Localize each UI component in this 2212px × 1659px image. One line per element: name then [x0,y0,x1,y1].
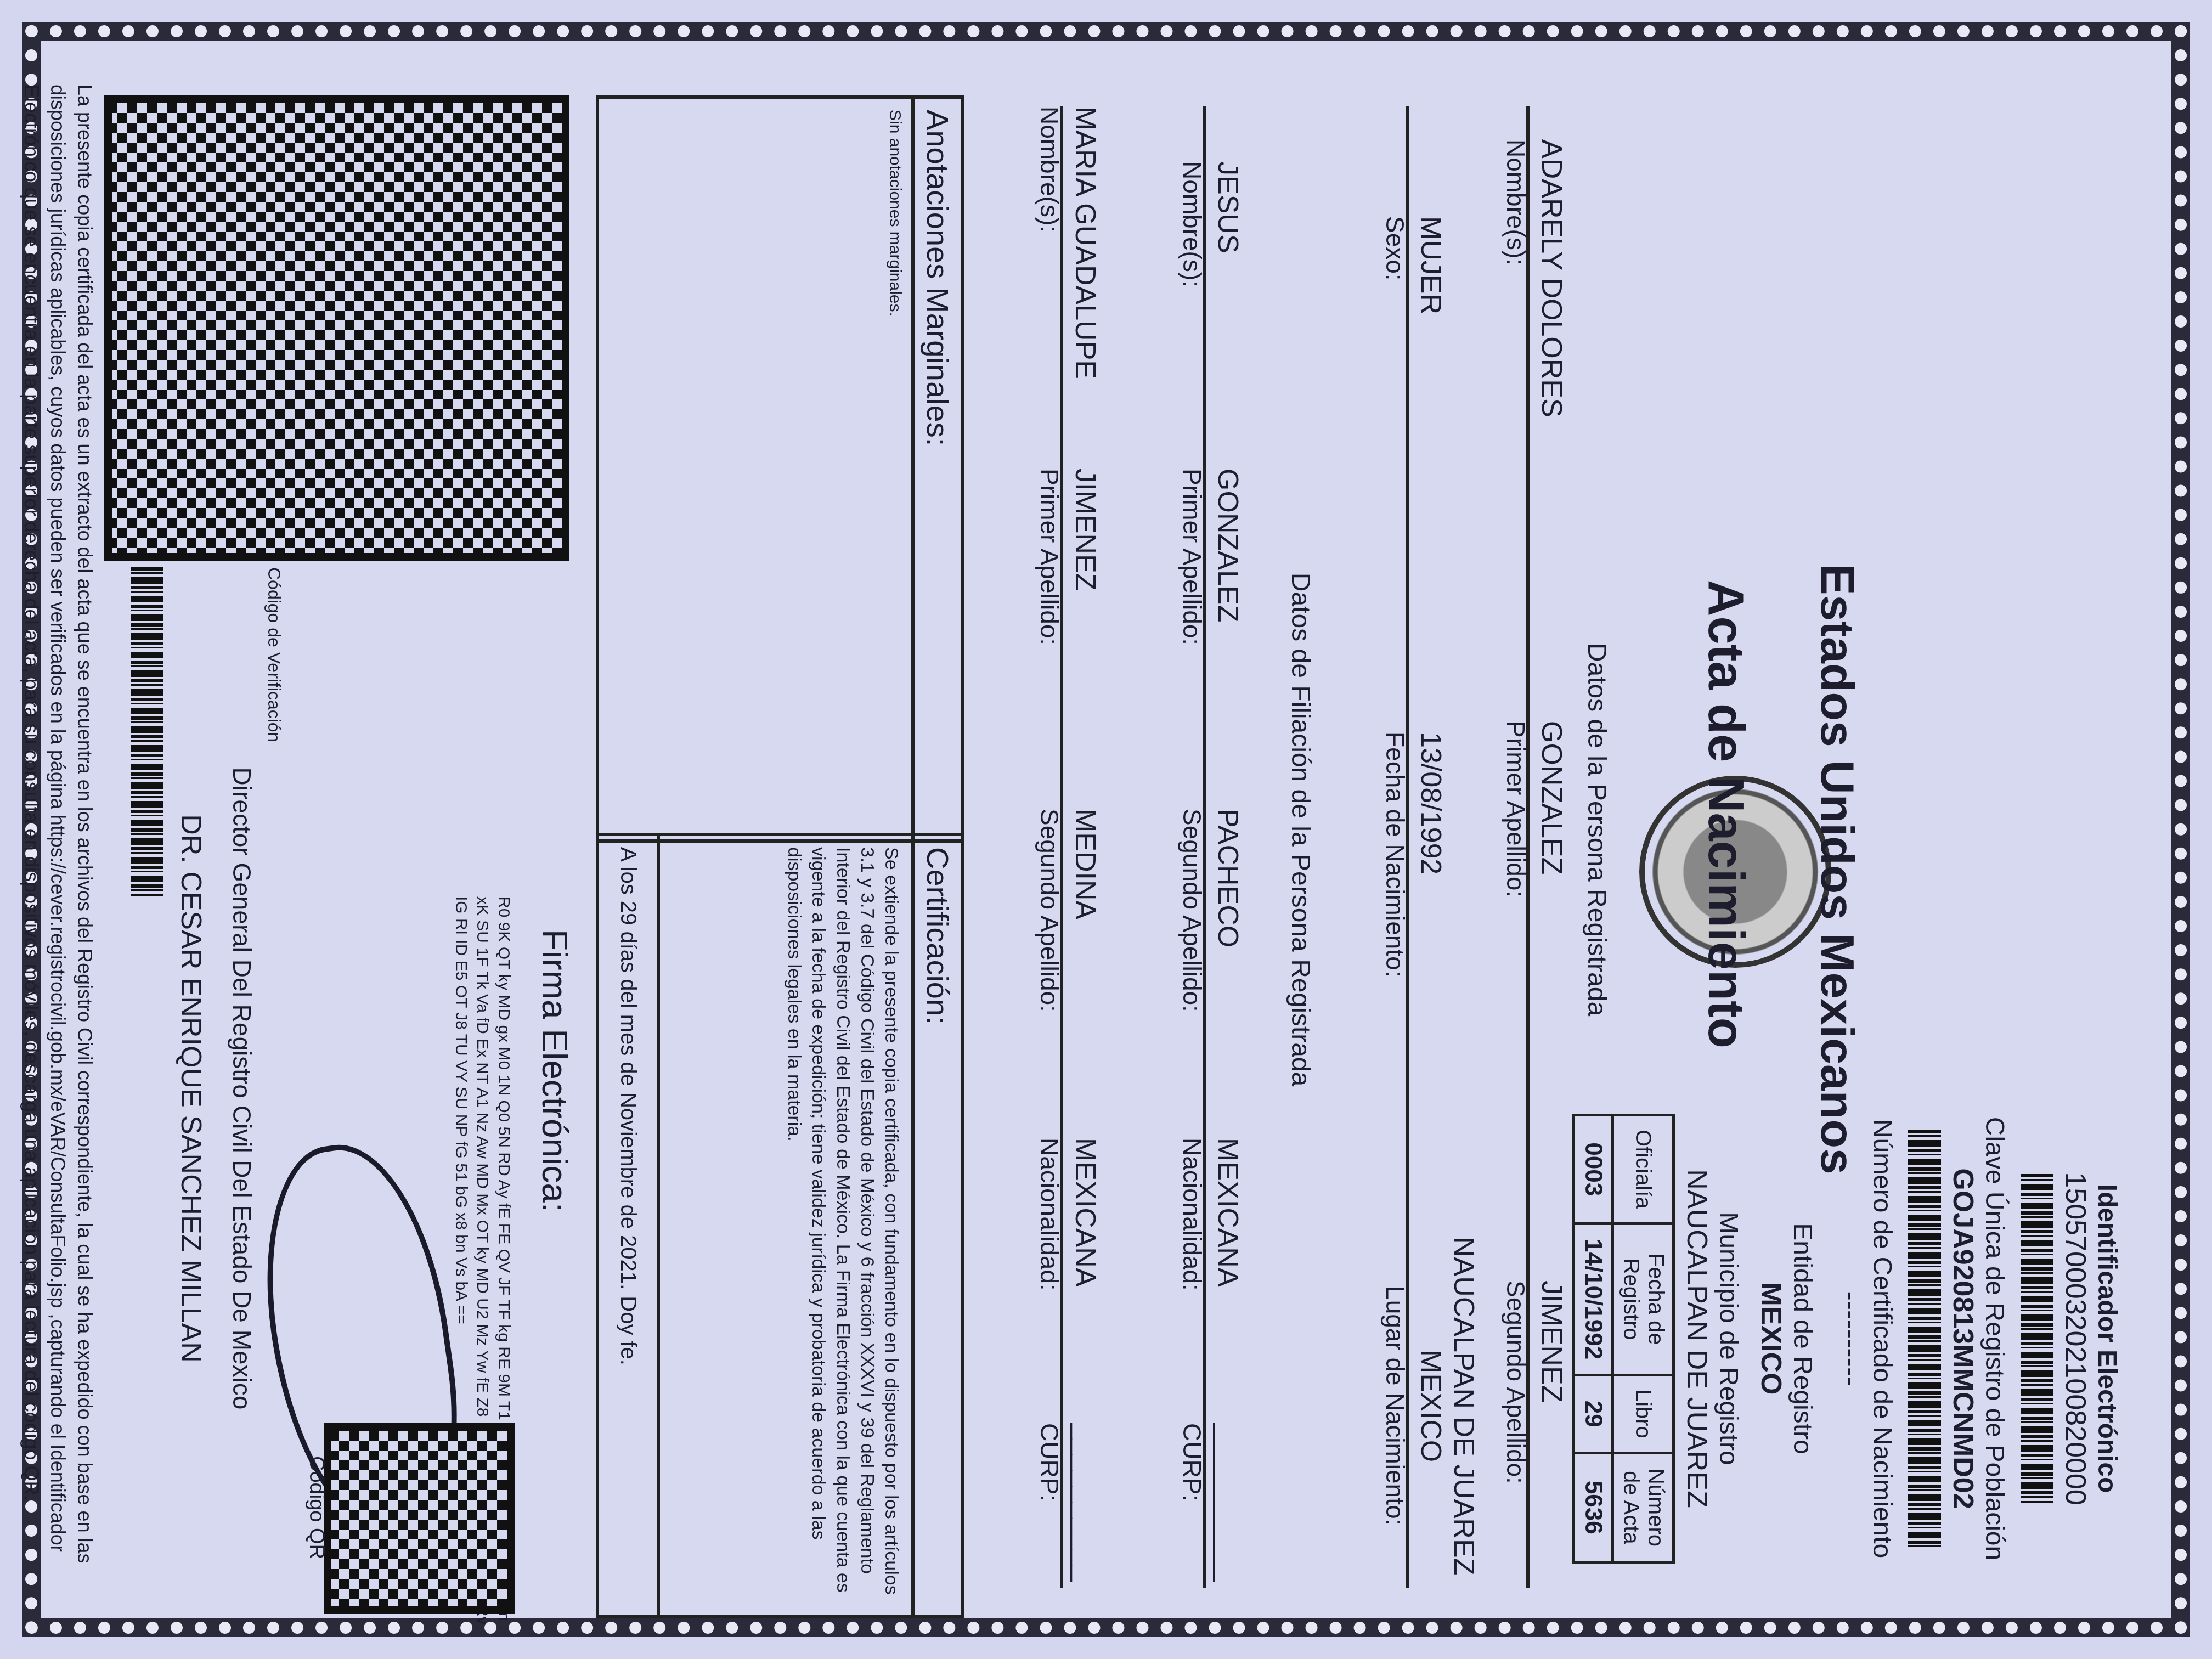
municipality-label: Municipio de Registro [1713,1114,1743,1564]
curp-barcode [1908,1130,1941,1547]
person-birth-place-value: NAUCALPAN DE JUAREZ [1447,1237,1480,1575]
cert-number-value: ---------- [1834,1114,1867,1564]
person-first-surname-label: Primer Apellido: [1501,721,1531,898]
mother-nationality-value: MEXICANA [1069,1138,1102,1291]
certification-box: Certificación: Se extiende la presente c… [596,833,964,1618]
father-curp-value: __________ [1211,1423,1244,1582]
mother-curp-value: __________ [1069,1423,1102,1582]
mother-second-surname-value: MEDINA [1069,809,1102,1012]
annotations-title: Anotaciones Marginales: [911,99,961,839]
mother-nationality-label: Nacionalidad: [1035,1138,1064,1291]
father-first-surname-value: GONZALEZ [1211,469,1244,645]
person-names-value: ADARELY DOLORES [1535,139,1568,417]
person-second-surname-field: JIMENEZ Segundo Apellido: [1501,1280,1568,1484]
person-birth-place-label: Lugar de Nacimiento: [1380,1237,1410,1575]
person-second-surname-label: Segundo Apellido: [1501,1280,1531,1484]
person-birth-date-value: 13/08/1992 [1414,732,1447,977]
signature-title: Firma Electrónica: [534,929,575,1212]
father-nationality-value: MEXICANA [1211,1138,1244,1291]
person-first-surname-value: GONZALEZ [1535,721,1568,898]
father-first-surname-label: Primer Apellido: [1177,469,1207,645]
father-nationality-field: MEXICANA Nacionalidad: [1177,1138,1244,1291]
registry-header-cell: Libro [1613,1375,1674,1453]
father-second-surname-value: PACHECO [1211,809,1244,1012]
mother-second-surname-label: Segundo Apellido: [1035,809,1064,1012]
father-nationality-label: Nacionalidad: [1177,1138,1207,1291]
annotations-text: Sin anotaciones marginales. [879,99,911,839]
mother-names-field: MARIA GUADALUPE Nombre(s): [1035,106,1102,379]
registry-header-cell: Oficialía [1613,1115,1674,1224]
mother-first-surname-label: Primer Apellido: [1035,469,1064,645]
person-first-surname-field: GONZALEZ Primer Apellido: [1501,721,1568,898]
verification-code-label: Código de Verificación [264,567,284,787]
person-names-field: ADARELY DOLORES Nombre(s): [1501,139,1568,417]
father-first-surname-field: GONZALEZ Primer Apellido: [1177,469,1244,645]
person-birth-date-label: Fecha de Nacimiento: [1380,732,1410,977]
municipality-value: NAUCALPAN DE JUAREZ [1680,1114,1713,1564]
mother-nationality-field: MEXICANA Nacionalidad: [1035,1138,1102,1291]
registry-header-cell: Fecha de Registro [1613,1223,1674,1375]
person-second-surname-value: JIMENEZ [1535,1280,1568,1484]
mother-second-surname-field: MEDINA Segundo Apellido: [1035,809,1102,1012]
qr-code[interactable] [324,1423,515,1614]
curp-value: GOJA920813MMCNMD02 [1946,1114,1979,1564]
certification-title: Certificación: [911,836,961,1615]
director-name: DR. CESAR ENRIQUE SANCHEZ MILLAN [174,567,207,1610]
person-names-label: Nombre(s): [1501,139,1531,417]
decorative-border: Estados Unidos Mexicanos Acta de Nacimie… [22,22,2190,1637]
director-title: Director General Del Registro Civil Del … [227,567,257,1610]
entity-label: Entidad de Registro [1787,1114,1818,1564]
person-sex-label: Sexo: [1380,216,1410,314]
electronic-id-label: Identificador Electrónico [2092,1114,2122,1564]
electronic-id-value: 150570003202100820000 [2059,1114,2092,1564]
verification-qr-code[interactable] [104,95,569,561]
certification-date: A los 29 días del mes de Noviembre de 20… [599,836,660,1615]
person-birth-place-field: NAUCALPAN DE JUAREZ MEXICO Lugar de Naci… [1380,1237,1480,1575]
father-names-field: JESUS Nombre(s): [1177,161,1244,287]
person-birth-date-field: 13/08/1992 Fecha de Nacimiento: [1380,732,1447,977]
mother-names-value: MARIA GUADALUPE [1069,106,1102,379]
mother-first-surname-field: JIMENEZ Primer Apellido: [1035,469,1102,645]
father-second-surname-label: Segundo Apellido: [1177,809,1207,1012]
father-curp-label: CURP: [1177,1423,1207,1582]
birth-certificate-paper: Estados Unidos Mexicanos Acta de Nacimie… [0,0,2212,1659]
document-title: Acta de Nacimiento [1697,403,1754,1226]
qr-code-label: Código QR [304,1456,328,1559]
identifiers-block: Identificador Electrónico 15057000320210… [1572,1114,2122,1564]
father-names-label: Nombre(s): [1177,161,1207,287]
entity-value: MEXICO [1754,1114,1787,1564]
mother-curp-label: CURP: [1035,1423,1064,1582]
person-sex-value: MUJER [1414,216,1447,314]
parents-section-title: Datos de Filiación de la Persona Registr… [1285,74,1316,1585]
curp-label: Clave Única de Registro de Población [1979,1114,2010,1564]
cert-number-label: Número de Certificado de Nacimiento [1867,1114,1897,1564]
footer-legal-text: La presente copia certificada del acta e… [18,84,98,1575]
mother-curp-field: __________ CURP: [1035,1423,1102,1582]
person-section-title: Datos de la Persona Registrada [1582,74,1612,1585]
person-birth-place-state: MEXICO [1414,1237,1447,1575]
electronic-id-barcode [2021,1174,2053,1503]
father-curp-field: __________ CURP: [1177,1423,1244,1582]
mother-first-surname-value: JIMENEZ [1069,469,1102,645]
registry-header-cell: Número de Acta [1613,1453,1674,1562]
person-sex-field: MUJER Sexo: [1380,216,1447,314]
annotations-box: Anotaciones Marginales: Sin anotaciones … [596,95,964,843]
father-second-surname-field: PACHECO Segundo Apellido: [1177,809,1244,1012]
father-names-value: JESUS [1211,161,1244,287]
mother-names-label: Nombre(s): [1035,106,1064,379]
verification-barcode [131,567,163,896]
certification-text: Se extiende la presente copia certificad… [775,836,911,1615]
